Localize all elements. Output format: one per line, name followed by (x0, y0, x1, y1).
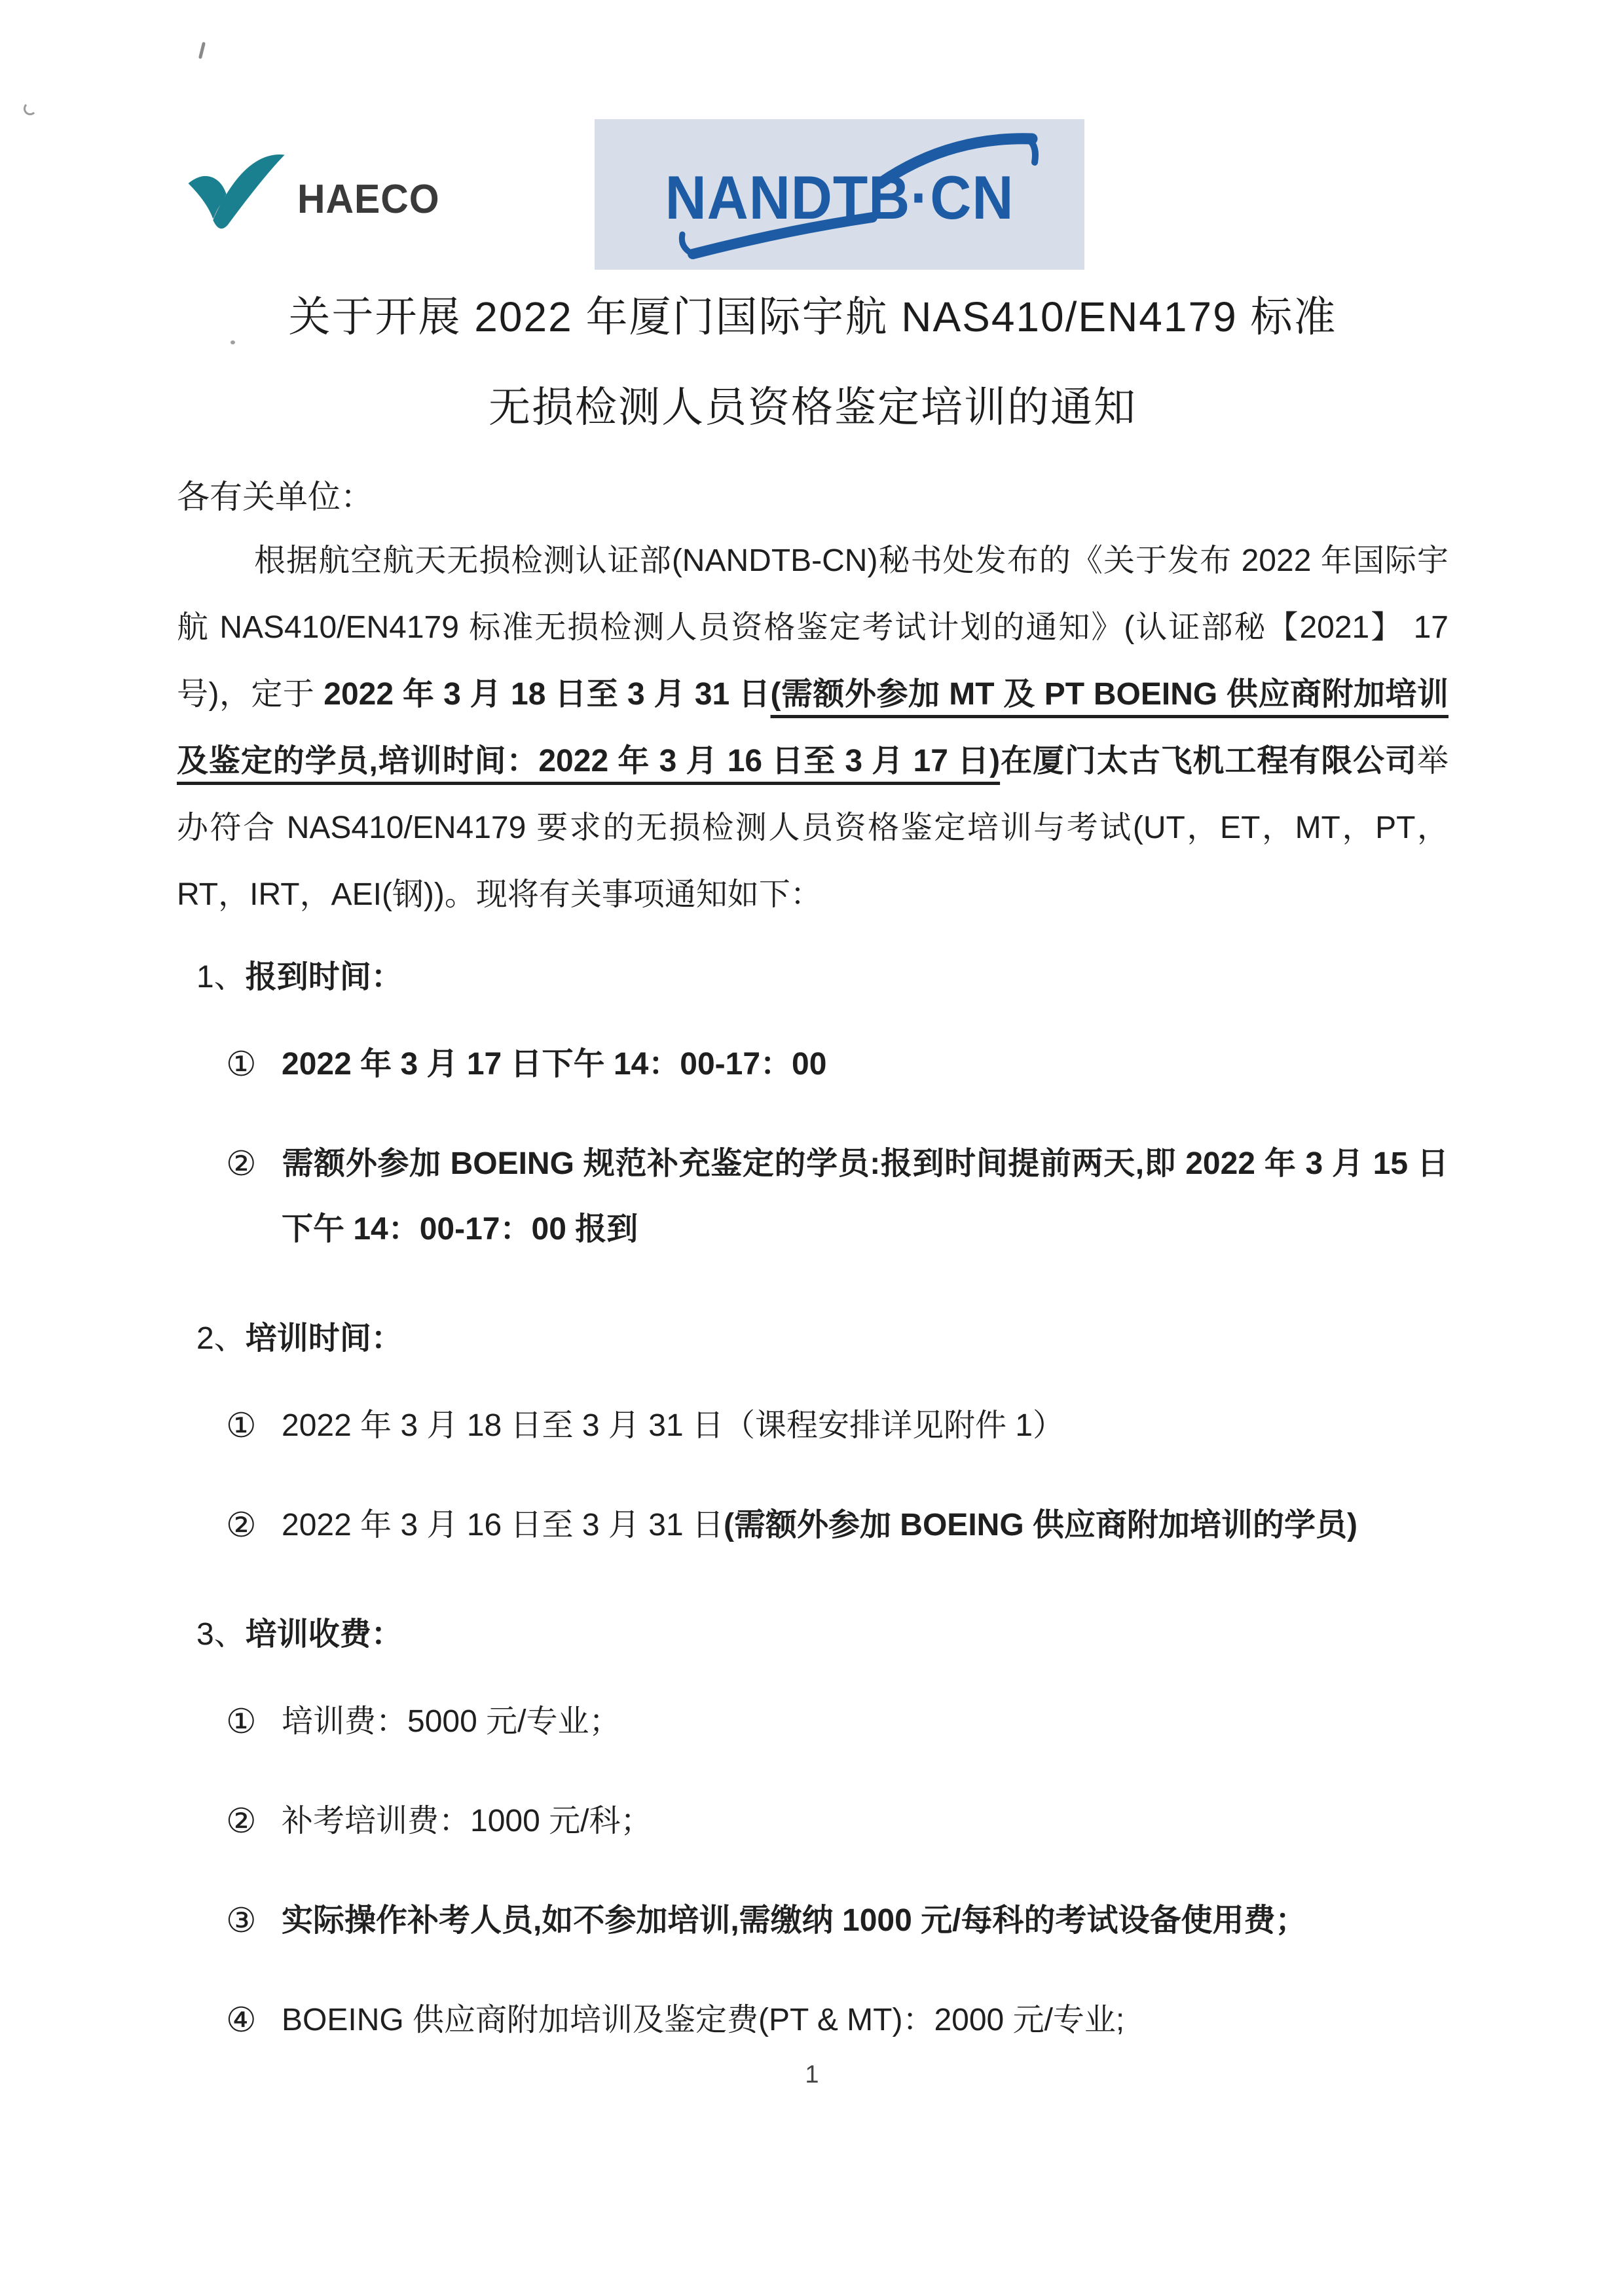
section-heading-3: 3、培训收费： (196, 1614, 1449, 1655)
item-marker: ① (226, 1689, 282, 1755)
nandtb-logo: NANDTB·CN (595, 119, 1084, 270)
section-heading-1: 1、报到时间： (196, 957, 1449, 998)
item-marker: ② (226, 1131, 282, 1197)
item-marker: ④ (226, 1988, 282, 2053)
header-logos: HAECO NANDTB·CN (177, 119, 1449, 270)
list-item: ①2022 年 3 月 18 日至 3 月 31 日（课程安排详见附件 1） (177, 1393, 1449, 1459)
document-title-line1: 关于开展 2022 年厦门国际宇航 NAS410/EN4179 标准 (177, 293, 1449, 340)
document-title-line2: 无损检测人员资格鉴定培训的通知 (177, 384, 1449, 431)
item-text: 需额外参加 BOEING 规范补充鉴定的学员:报到时间提前两天,即 2022 年… (282, 1146, 1449, 1247)
item-text: BOEING 供应商附加培训及鉴定费(PT & MT)：2000 元/专业; (282, 2003, 1124, 2037)
salutation: 各有关单位： (177, 478, 1449, 516)
document-page: HAECO NANDTB·CN 关于开展 2022 年厦门国际宇航 NAS410… (0, 0, 1624, 2296)
scan-artifact (231, 340, 235, 344)
nandtb-logo-text: NANDTB·CN (612, 162, 1067, 233)
haeco-swoosh-icon (183, 145, 293, 244)
section-number: 2、 (196, 1321, 246, 1356)
intro-paragraph: 根据航空航天无损检测认证部(NANDTB-CN)秘书处发布的《关于发布 2022… (177, 528, 1449, 928)
item-text: 2022 年 3 月 18 日至 3 月 31 日（课程安排详见附件 1） (282, 1408, 1064, 1443)
list-item: ②补考培训费：1000 元/科； (177, 1789, 1449, 1854)
item-text: 补考培训费：1000 元/科； (282, 1804, 652, 1838)
section-heading-2: 2、培训时间： (196, 1319, 1449, 1359)
item-marker: ① (226, 1393, 282, 1459)
section-label: 报到时间： (246, 960, 403, 994)
item-marker: ① (226, 1032, 282, 1097)
scan-artifact (24, 102, 37, 115)
haeco-logo-text: HAECO (297, 176, 439, 223)
item-text: 2022 年 3 月 16 日至 3 月 31 日(需额外参加 BOEING 供… (282, 1508, 1357, 1542)
scan-artifact (198, 42, 206, 59)
item-marker: ③ (226, 1888, 282, 1954)
section-label: 培训时间： (246, 1321, 403, 1356)
list-item: ①2022 年 3 月 17 日下午 14：00-17：00 (177, 1032, 1449, 1097)
item-text: 实际操作补考人员,如不参加培训,需缴纳 1000 元/每科的考试设备使用费； (282, 1903, 1306, 1938)
haeco-logo: HAECO (183, 145, 458, 244)
list-item: ②需额外参加 BOEING 规范补充鉴定的学员:报到时间提前两天,即 2022 … (177, 1131, 1449, 1262)
list-item: ①培训费：5000 元/专业； (177, 1689, 1449, 1755)
section-number: 1、 (196, 960, 246, 994)
section-number: 3、 (196, 1617, 246, 1652)
list-item: ②2022 年 3 月 16 日至 3 月 31 日(需额外参加 BOEING … (177, 1493, 1449, 1558)
list-item: ④BOEING 供应商附加培训及鉴定费(PT & MT)：2000 元/专业; (177, 1988, 1449, 2053)
list-item: ③实际操作补考人员,如不参加培训,需缴纳 1000 元/每科的考试设备使用费； (177, 1888, 1449, 1954)
item-text: 培训费：5000 元/专业； (282, 1704, 620, 1739)
item-text: 2022 年 3 月 17 日下午 14：00-17：00 (282, 1047, 826, 1082)
page-number: 1 (0, 2061, 1624, 2089)
item-marker: ② (226, 1789, 282, 1854)
item-marker: ② (226, 1493, 282, 1558)
section-label: 培训收费： (246, 1617, 403, 1652)
